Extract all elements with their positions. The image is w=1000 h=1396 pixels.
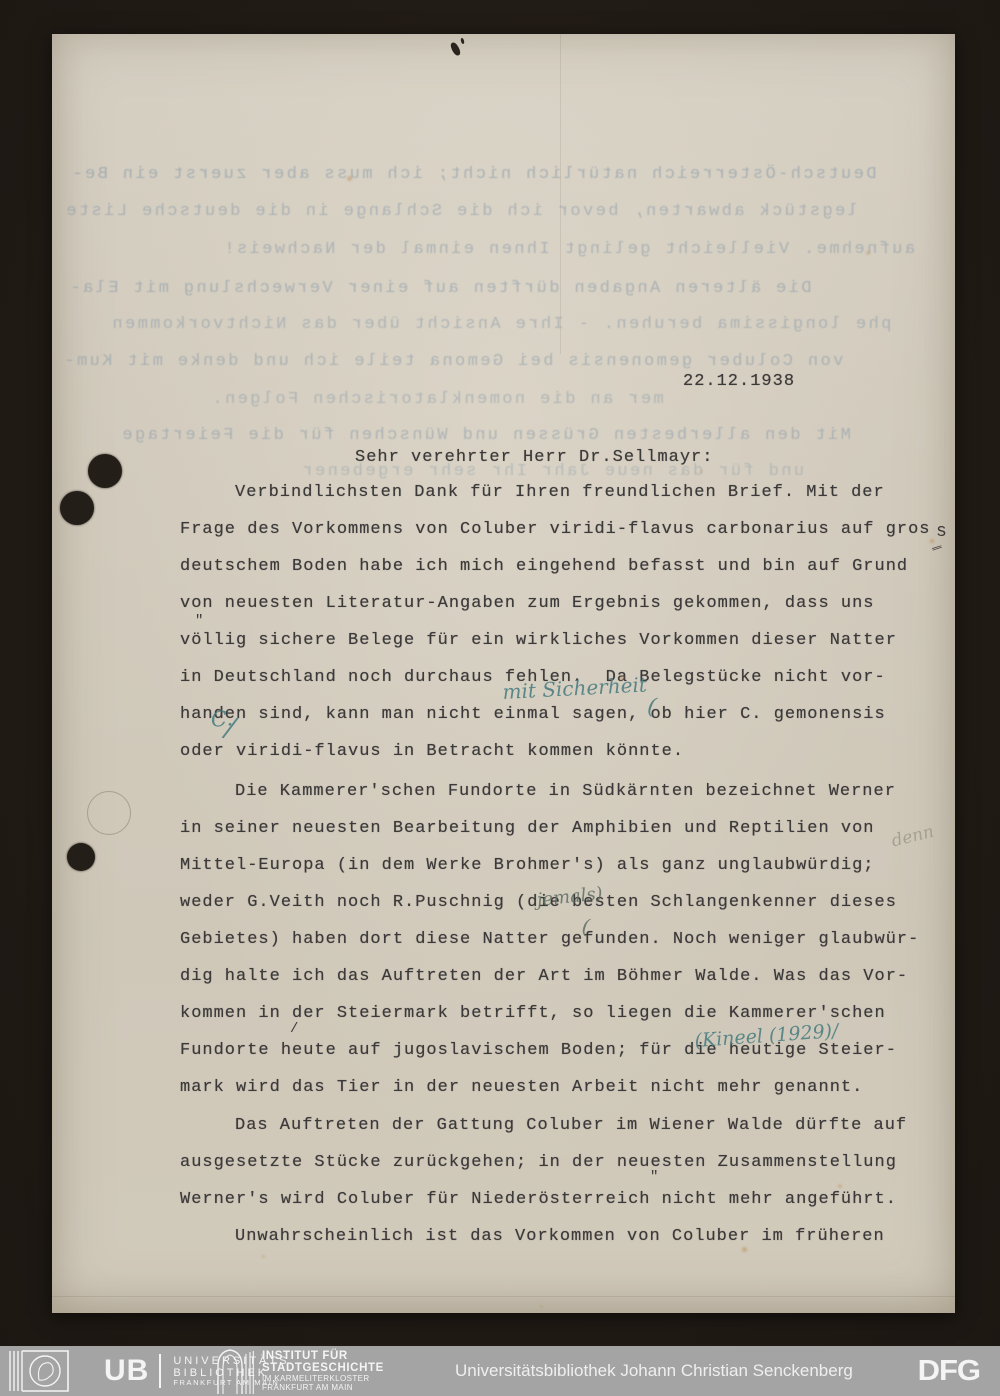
paper-crease-vertical [560, 34, 561, 354]
salutation-line: Sehr verehrter Herr Dr.Sellmayr: [355, 448, 713, 467]
paper: Deutsch-Österreich natürlich nicht; ich … [52, 34, 955, 1313]
scan-viewer-background: Deutsch-Österreich natürlich nicht; ich … [0, 0, 1000, 1396]
ink-speck [449, 41, 462, 57]
punch-hole-impression [87, 791, 131, 835]
foxing-spot [700, 470, 703, 473]
foxing-spot [742, 1247, 747, 1252]
typed-line: kommen in der Steiermark betrifft, so li… [180, 1004, 886, 1023]
foxing-spot [930, 539, 934, 543]
institut-line-4: FRANKFURT AM MAIN [262, 1384, 384, 1393]
institut-line-1: INSTITUT FÜR [262, 1350, 384, 1363]
dfg-logo: DFG [918, 1348, 980, 1394]
handwritten-annotation: mit Sicherheit [502, 674, 647, 702]
paper-crease-horizontal [52, 1296, 955, 1297]
foxing-spot [838, 1184, 842, 1188]
typed-line: Die Kammerer'schen Fundorte in Südkärnte… [235, 782, 896, 801]
typed-line: in seiner neuesten Bearbeitung der Amphi… [180, 819, 875, 838]
typed-line: handen sind, kann man nicht einmal sagen… [180, 705, 886, 724]
bleedthrough-line: mer an die nomenklatorischen Folgen. [210, 390, 664, 409]
ub-abbr: UB [104, 1356, 149, 1386]
foxing-spot [620, 676, 624, 680]
karmeliterkloster-arch-icon [214, 1348, 254, 1394]
typed-line: Frage des Vorkommens von Coluber viridi-… [180, 520, 931, 539]
footer-credits-bar: UB UNIVERSITÄTS BIBLIOTHEK FRANKFURT AM … [0, 1346, 1000, 1396]
typed-line: oder viridi-flavus in Betracht kommen kö… [180, 742, 684, 761]
handwritten-annotation: ″ [195, 614, 203, 628]
ub-divider [159, 1354, 161, 1388]
bleedthrough-line: Die älteren Angaben dürften auf einer Ve… [68, 279, 812, 298]
punch-hole-mark [60, 491, 94, 525]
institut-text: INSTITUT FÜR STADTGESCHICHTE IM KARMELIT… [262, 1350, 384, 1393]
foxing-spot [866, 251, 870, 255]
typed-line: von neuesten Literatur-Angaben zum Ergeb… [180, 594, 875, 613]
bleedthrough-line: phe longissima beruhen. - Ihre Ansicht ü… [110, 315, 891, 334]
typed-line: Werner's wird Coluber für Niederösterrei… [180, 1190, 897, 1209]
bleedthrough-line: Mit den allerbesten Grüssen und Wünschen… [120, 426, 851, 445]
foxing-spot [347, 176, 352, 181]
bleedthrough-line: aufnehme. Vielleicht gelingt Ihnen einma… [222, 240, 915, 259]
typed-line: Verbindlichsten Dank für Ihren freundlic… [235, 483, 885, 502]
typed-line: deutschem Boden habe ich mich eingehend … [180, 557, 908, 576]
typed-line: Gebietes) haben dort diese Natter gefund… [180, 930, 919, 949]
ink-speck [460, 38, 464, 45]
date-line: 22.12.1938 [683, 372, 795, 391]
typed-line: Unwahrscheinlich ist das Vorkommen von C… [235, 1227, 885, 1246]
handwritten-annotation: ″ [650, 1170, 658, 1184]
handwritten-annotation: / [290, 1022, 298, 1036]
institut-line-2: STADTGESCHICHTE [262, 1362, 384, 1375]
foxing-spot [540, 1305, 543, 1308]
typed-line: ausgesetzte Stücke zurückgehen; in der n… [180, 1153, 897, 1172]
library-name-text: Universitätsbibliothek Johann Christian … [455, 1346, 853, 1396]
bleedthrough-line: von Coluber gemonensis bei Gemona teile … [62, 352, 843, 371]
typed-line: völlig sichere Belege für ein wirkliches… [180, 631, 897, 650]
foxing-spot [262, 1255, 265, 1258]
typed-line: Mittel-Europa (in dem Werke Brohmer's) a… [180, 856, 875, 875]
bleedthrough-line: Deutsch-Österreich natürlich nicht; ich … [70, 165, 877, 184]
ub-library-icon [8, 1349, 96, 1393]
institut-stadtgeschichte-logo: INSTITUT FÜR STADTGESCHICHTE IM KARMELIT… [214, 1346, 384, 1396]
typed-line: Das Auftreten der Gattung Coluber im Wie… [235, 1116, 907, 1135]
typed-line: mark wird das Tier in der neuesten Arbei… [180, 1078, 863, 1097]
typed-line: dig halte ich das Auftreten der Art im B… [180, 967, 908, 986]
bleedthrough-line: legstück abwarten, bevor ich die Schlang… [64, 202, 858, 221]
punch-hole-mark [67, 843, 95, 871]
punch-hole-mark [88, 454, 122, 488]
handwritten-annotation: denn [890, 824, 936, 851]
